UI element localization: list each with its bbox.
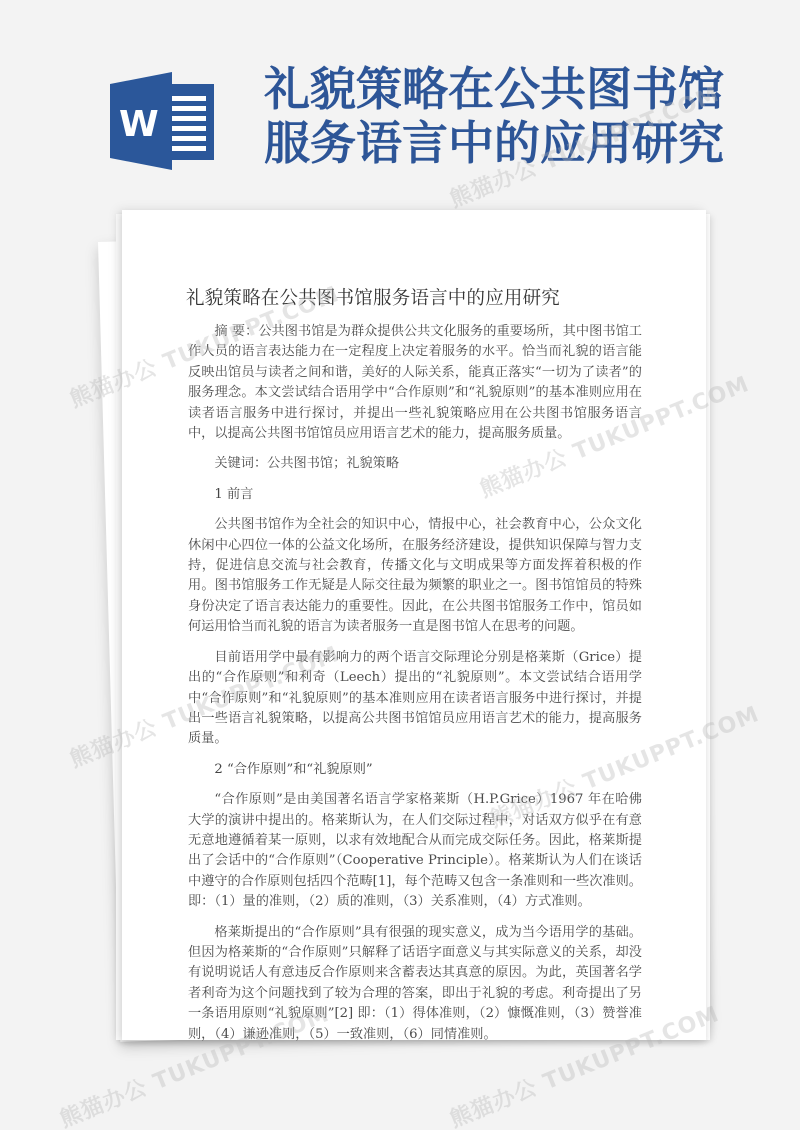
document-page: 礼貌策略在公共图书馆服务语言中的应用研究 摘 要：公共图书馆是为群众提供公共文化… — [122, 210, 706, 1040]
abstract-paragraph: 摘 要：公共图书馆是为群众提供公共文化服务的重要场所，其中图书馆工作人员的语言表… — [188, 322, 642, 444]
section-heading-2: 2 “合作原则”和“礼貌原则” — [188, 760, 642, 780]
document-title: 礼貌策略在公共图书馆服务语言中的应用研究 — [186, 284, 560, 310]
banner-title: 礼貌策略在公共图书馆 服务语言中的应用研究 — [264, 62, 734, 170]
keywords-line: 关键词：公共图书馆；礼貌策略 — [188, 454, 642, 474]
banner: W 礼貌策略在公共图书馆 服务语言中的应用研究 — [0, 0, 800, 210]
body-paragraph: “合作原则”是由美国著名语言学家格莱斯（H.P.Grice）1967 年在哈佛大… — [188, 790, 642, 912]
banner-title-line1: 礼貌策略在公共图书馆 — [264, 62, 734, 116]
microsoft-word-icon: W — [110, 72, 214, 170]
banner-title-line2: 服务语言中的应用研究 — [264, 116, 734, 170]
body-paragraph: 目前语用学中最有影响力的两个语言交际理论分别是格莱斯（Grice）提出的“合作原… — [188, 648, 642, 750]
body-paragraph: 格莱斯提出的“合作原则”具有很强的现实意义，成为当今语用学的基础。但因为格莱斯的… — [188, 923, 642, 1045]
body-paragraph: 公共图书馆作为全社会的知识中心，情报中心，社会教育中心，公众文化休闲中心四位一体… — [188, 515, 642, 637]
section-heading-1: 1 前言 — [188, 485, 642, 505]
svg-text:W: W — [119, 104, 159, 145]
document-body: 摘 要：公共图书馆是为群众提供公共文化服务的重要场所，其中图书馆工作人员的语言表… — [188, 322, 642, 1055]
